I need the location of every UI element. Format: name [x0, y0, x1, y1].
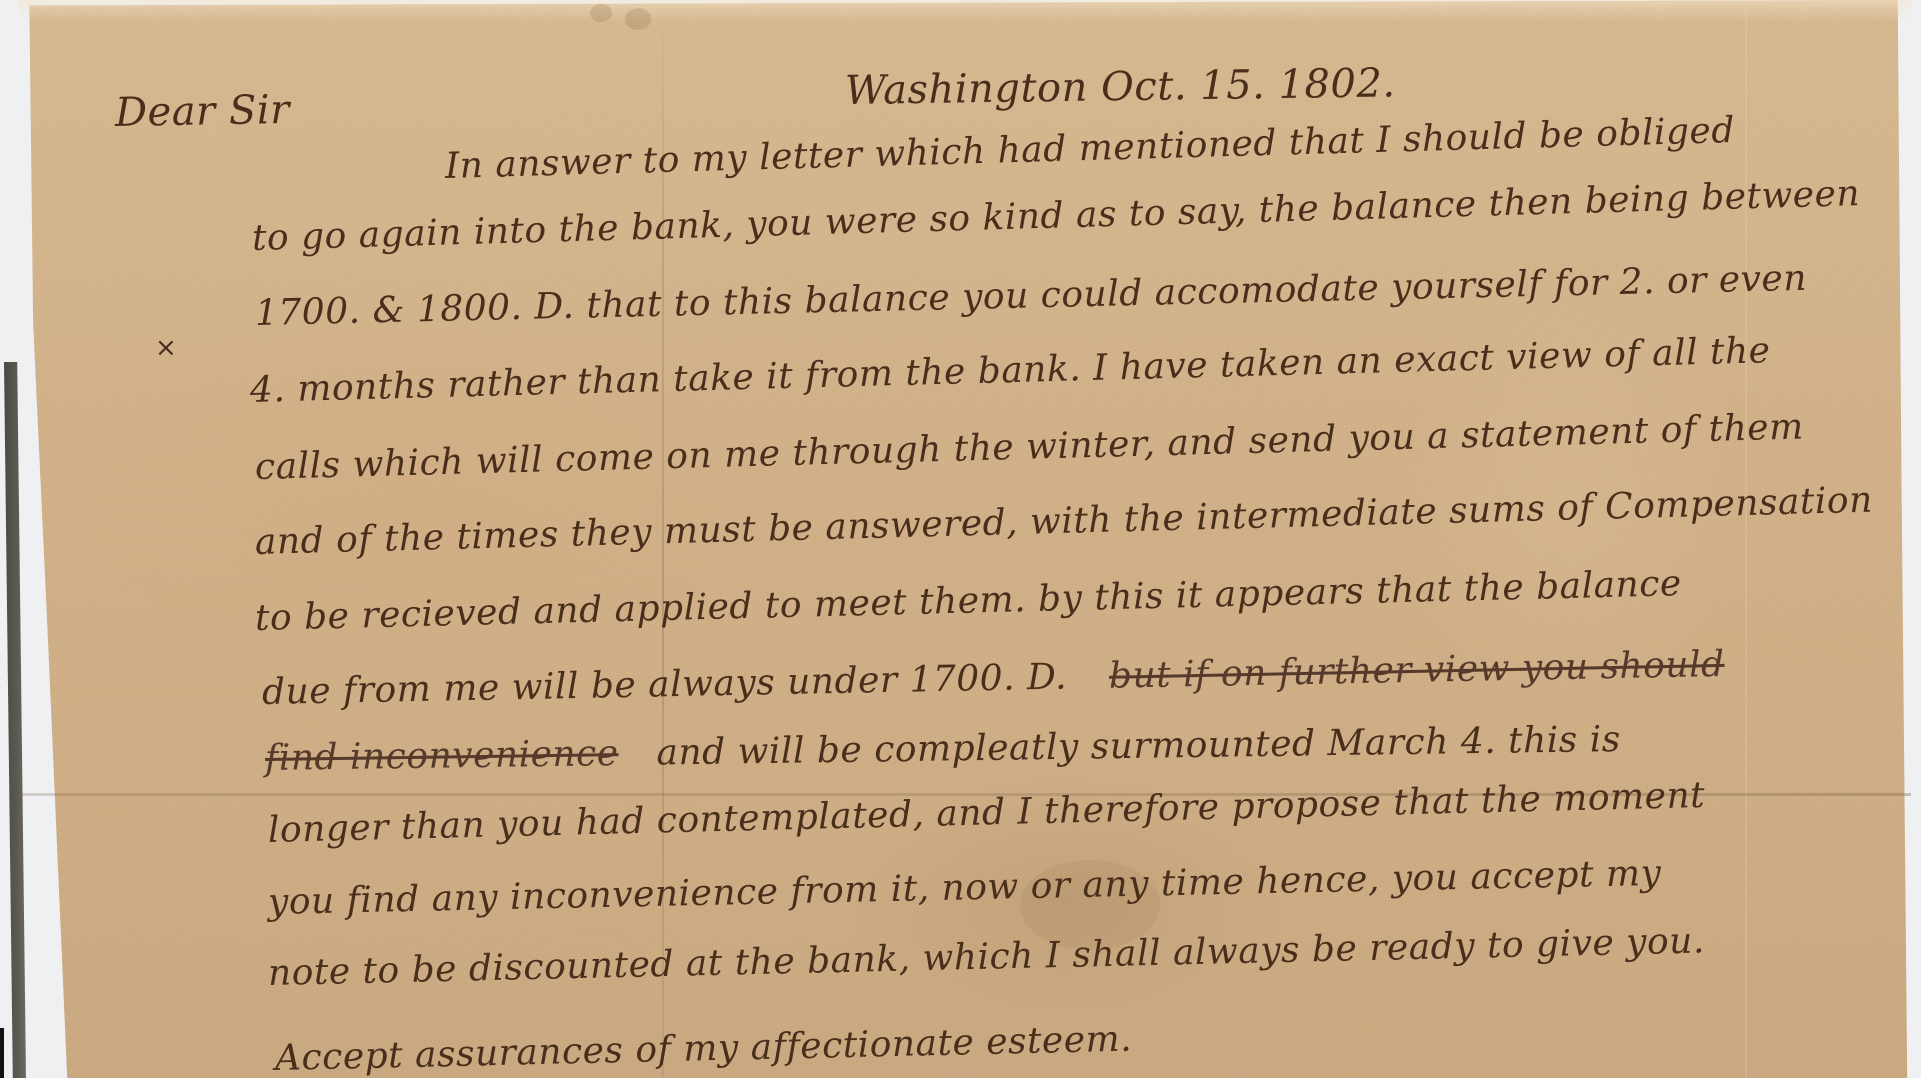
- struck-through-text: find inconvenience: [265, 733, 619, 779]
- paper-top-edge: [18, 0, 1911, 22]
- paper-stain: [625, 8, 651, 30]
- document-viewer: Dear Sir Washington Oct. 15. 1802. × In …: [0, 0, 1921, 1078]
- vertical-fold-line-right: [1745, 0, 1747, 1078]
- scan-corner-mark: [0, 1028, 4, 1078]
- margin-x-mark: ×: [155, 333, 177, 363]
- paper-stain: [590, 4, 612, 22]
- letter-place-date: Washington Oct. 15. 1802.: [845, 60, 1396, 114]
- letter-salutation: Dear Sir: [115, 87, 291, 136]
- scan-edge-shadow: [4, 362, 26, 1078]
